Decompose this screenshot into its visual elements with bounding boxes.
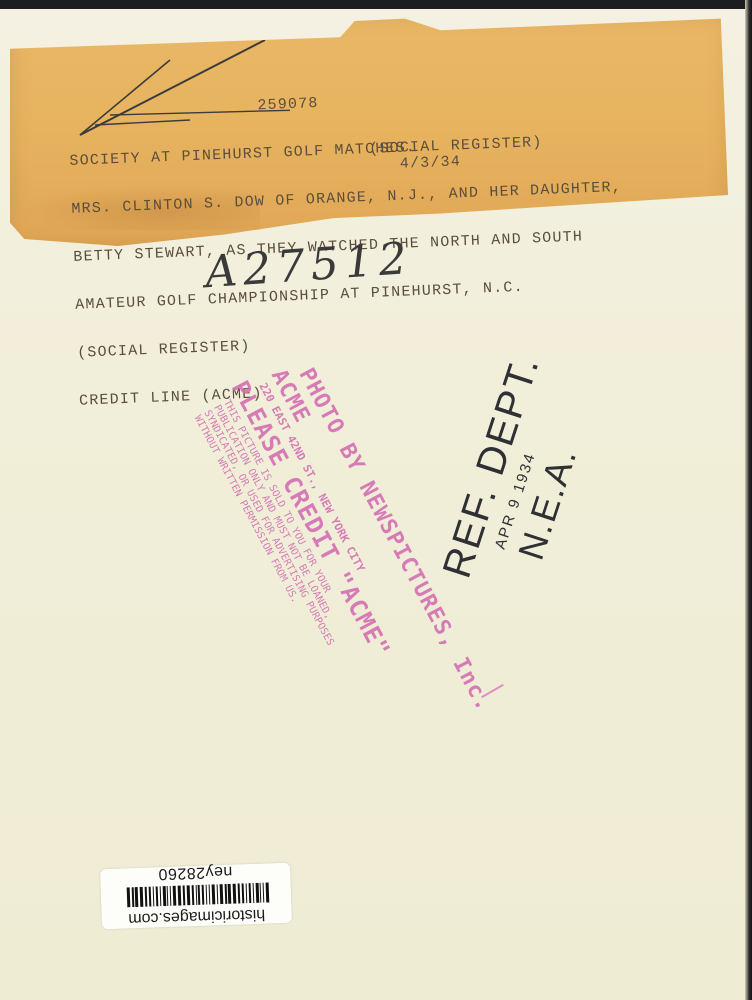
- pen-checkmark-icon: [70, 40, 290, 140]
- barcode-label: historicimages.com ney28260: [100, 863, 292, 930]
- scan-edge: [745, 0, 752, 1000]
- caption-date: 4/3/34: [400, 154, 462, 172]
- barcode-icon: [121, 882, 272, 907]
- caption-line: MRS. CLINTON S. DOW OF ORANGE, N.J., AND…: [71, 178, 671, 218]
